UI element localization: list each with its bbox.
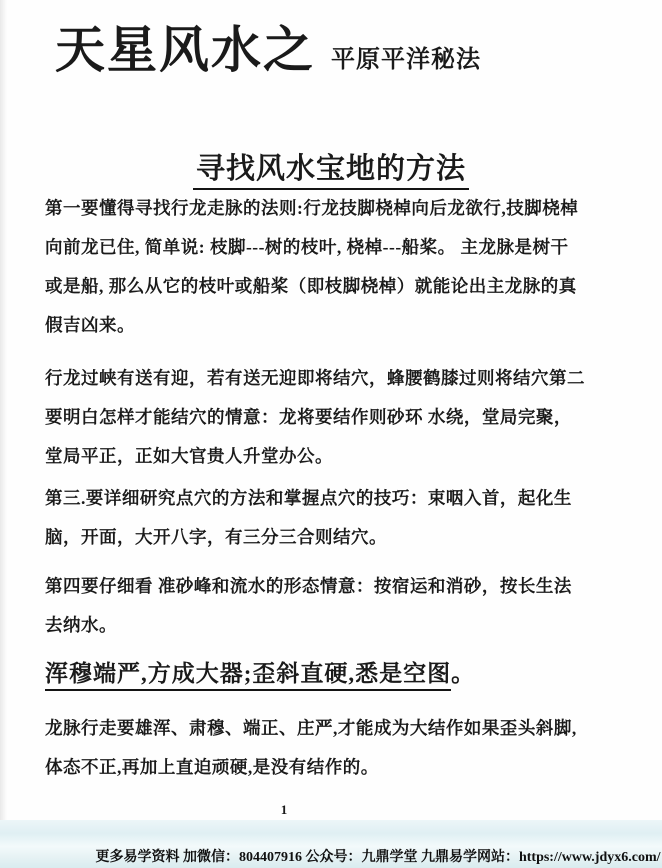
text-line: 行龙过峡有送有迎，若有送无迎即将结穴，蜂腰鹤膝过则将结穴第二: [45, 359, 620, 398]
quote-heading: 浑穆端严,方成大器;歪斜直硬,悉是空图。: [45, 655, 475, 688]
page-number: 1: [0, 802, 615, 818]
scan-edge-shadow: [0, 0, 7, 868]
text-line: 第三.要详细研究点穴的方法和掌握点穴的技巧：束咽入首，起化生: [45, 479, 620, 518]
text-line: 体态不正,再加上直迫顽硬,是没有结作的。: [45, 748, 620, 787]
text-line: 龙脉行走要雄浑、肃穆、端正、庄严,才能成为大结作如果歪头斜脚,: [45, 709, 620, 748]
text-line: 脑，开面，大开八字，有三分三合则结穴。: [45, 518, 620, 557]
title-row: 天星风水之 平原平洋秘法: [55, 10, 481, 82]
text-line: 去纳水。: [45, 606, 620, 645]
quote-heading-period: 。: [451, 661, 475, 686]
text-line: 要明白怎样才能结穴的情意：龙将要结作则砂环 水绕，堂局完聚，: [45, 398, 620, 437]
paragraph-3: 第三.要详细研究点穴的方法和掌握点穴的技巧：束咽入首，起化生 脑，开面，大开八字…: [45, 479, 620, 557]
text-line: 或是船, 那么从它的枝叶或船桨（即枝脚桡棹）就能论出主龙脉的真: [45, 267, 620, 306]
section-heading-text: 寻找风水宝地的方法: [193, 153, 469, 190]
document-page: 天星风水之 平原平洋秘法 寻找风水宝地的方法 第一要懂得寻找行龙走脉的法则:行龙…: [0, 0, 662, 868]
page-subtitle: 平原平洋秘法: [331, 39, 481, 74]
quote-heading-text: 浑穆端严,方成大器;歪斜直硬,悉是空图: [45, 661, 451, 691]
paragraph-1: 第一要懂得寻找行龙走脉的法则:行龙技脚桡棹向后龙欲行,技脚桡棹 向前龙已住, 简…: [45, 189, 620, 345]
page-title: 天星风水之: [55, 10, 315, 82]
footer-note: 更多易学资料 加微信：804407916 公众号：九鼎学堂 九鼎易学网站：htt…: [0, 846, 662, 866]
text-line: 第一要懂得寻找行龙走脉的法则:行龙技脚桡棹向后龙欲行,技脚桡棹: [45, 189, 620, 228]
text-line: 堂局平正，正如大官贵人升堂办公。: [45, 437, 620, 476]
text-line: 向前龙已住, 简单说: 枝脚---树的枝叶, 桡棹---船桨。 主龙脉是树干: [45, 228, 620, 267]
text-line: 第四要仔细看 准砂峰和流水的形态情意：按宿运和消砂，按长生法: [45, 567, 620, 606]
paragraph-2: 行龙过峡有送有迎，若有送无迎即将结穴，蜂腰鹤膝过则将结穴第二 要明白怎样才能结穴…: [45, 359, 620, 476]
section-heading: 寻找风水宝地的方法: [0, 146, 662, 187]
paragraph-4: 第四要仔细看 准砂峰和流水的形态情意：按宿运和消砂，按长生法 去纳水。: [45, 567, 620, 645]
text-line: 假吉凶来。: [45, 306, 620, 345]
paragraph-5: 龙脉行走要雄浑、肃穆、端正、庄严,才能成为大结作如果歪头斜脚, 体态不正,再加上…: [45, 709, 620, 787]
